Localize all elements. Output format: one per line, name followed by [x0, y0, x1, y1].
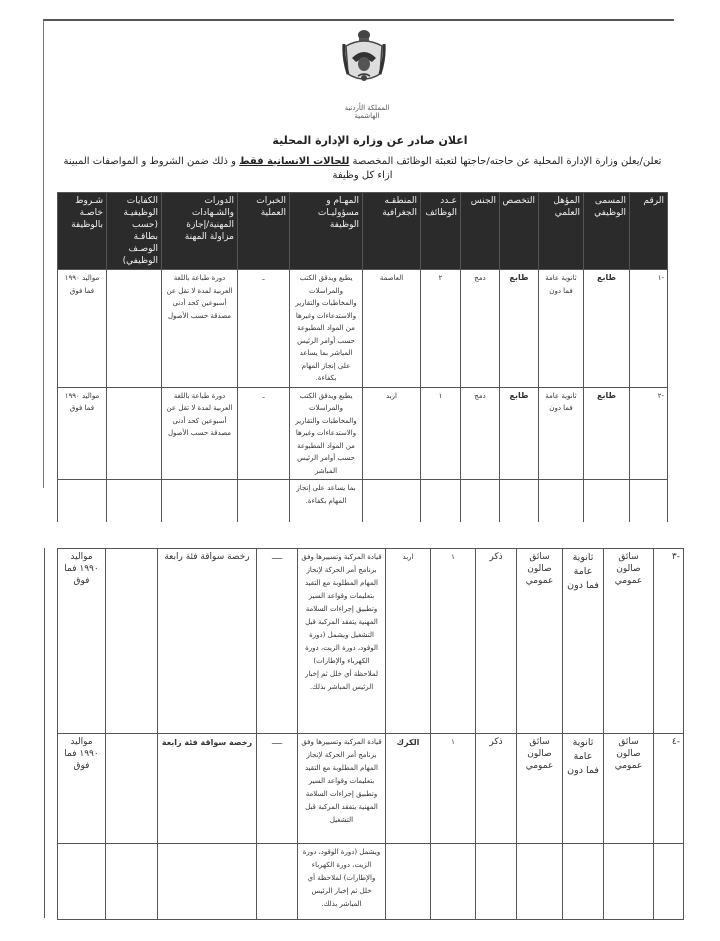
cell-duties: قيادة المركبة وتسييرها وفق برنامج أمر ال… [298, 549, 386, 734]
cell-empty [386, 844, 431, 920]
cell-count: ١ [431, 549, 476, 734]
cell-region: اربد [363, 387, 421, 480]
announcement-title: اعلان صادر عن وزارة الإدارة المحلية [200, 134, 540, 147]
cell-empty [158, 844, 257, 920]
announcement-intro: تعلن/يعلن وزارة الإدارة المحلية عن حاجته… [60, 155, 665, 183]
table-row: -٢ طابع ثانوية عامة فما دون طابع دمج ١ ا… [58, 387, 668, 480]
cell-empty [563, 844, 604, 920]
cell-qualification: ثانوية عامة فما دون [563, 734, 604, 844]
table-row: -٤ سائق صالون عمومي ثانوية عامة فما دون … [58, 734, 684, 844]
cell-job-title: طابع [584, 270, 630, 388]
col-header-experience: الخبرات العملية [238, 193, 290, 270]
cell-empty [476, 844, 517, 920]
col-header-special-conditions: شـروط خاصـة بالوظيفة [58, 193, 107, 270]
cell-empty [58, 844, 106, 920]
cell-empty [257, 844, 298, 920]
cell-special-conditions: مواليد ١٩٩٠ فما فوق [58, 270, 107, 388]
cell-number: -٤ [654, 734, 684, 844]
cell-number: -٣ [654, 549, 684, 734]
cell-empty [461, 480, 500, 522]
cell-gender: دمج [461, 270, 500, 388]
table-row-continuation: ويشمل (دورة الوقود، دورة الزيت، دورة الك… [58, 844, 684, 920]
cell-experience: ـــــ [257, 549, 298, 734]
col-header-competencies: الكفايات الوظيفيـة (حسب بطاقـة الوصـف ال… [107, 193, 162, 270]
cell-duties: يطبع ويدقق الكتب والمراسلات والمخاطبات و… [290, 270, 363, 388]
table-row-continuation: بما يساعد على إنجاز المهام بكفاءة. [58, 480, 668, 522]
cell-competencies [106, 549, 158, 734]
cell-job-title: طابع [584, 387, 630, 480]
page-2-margin-line [44, 548, 45, 918]
cell-count: ٢ [421, 270, 461, 388]
cell-empty [654, 844, 684, 920]
intro-emphasis: للحالات الانسانية فقط [239, 156, 349, 167]
cell-empty [539, 480, 584, 522]
cell-empty [431, 844, 476, 920]
cell-courses: دورة طباعة باللغة العربية لمدة لا تقل عن… [162, 387, 238, 480]
cell-specialization: سائق صالون عمومي [517, 734, 563, 844]
jobs-table-page-2: -٣ سائق صالون عمومي ثانوية عامة فما دون … [57, 548, 684, 920]
cell-gender: ذكر [476, 734, 517, 844]
col-header-qualification: المؤهل العلمي [539, 193, 584, 270]
cell-empty [517, 844, 563, 920]
intro-text: تعلن/يعلن وزارة الإدارة المحلية عن حاجته… [349, 156, 661, 167]
cell-competencies [107, 270, 162, 388]
cell-empty [106, 844, 158, 920]
cell-qualification: ثانوية عامة فما دون [563, 549, 604, 734]
cell-empty [584, 480, 630, 522]
col-header-job-title: المسمى الوظيفي [584, 193, 630, 270]
cell-job-title: سائق صالون عمومي [604, 734, 654, 844]
cell-empty [58, 480, 107, 522]
cell-duties: قيادة المركبة وتسييرها وفق برنامج أمر ال… [298, 734, 386, 844]
cell-empty [238, 480, 290, 522]
cell-qualification: ثانوية عامة فما دون [539, 387, 584, 480]
cell-specialization: طابع [500, 270, 539, 388]
kingdom-name: المملكة الأردنية الهاشمية [336, 104, 398, 112]
cell-empty [363, 480, 421, 522]
cell-empty [604, 844, 654, 920]
col-header-specialization: التخصص [500, 193, 539, 270]
cell-specialization: طابع [500, 387, 539, 480]
cell-region: الكرك [386, 734, 431, 844]
col-header-count: عـدد الوظائف [421, 193, 461, 270]
cell-experience: ـ [238, 387, 290, 480]
coat-of-arms-icon [340, 28, 388, 88]
cell-empty [421, 480, 461, 522]
cell-count: ١ [421, 387, 461, 480]
cell-special-conditions: مواليد ١٩٩٠ فما فوق [58, 734, 106, 844]
col-header-duties: المهـام و مسؤوليـات الوظيفة [290, 193, 363, 270]
cell-competencies [107, 387, 162, 480]
cell-job-title: سائق صالون عمومي [604, 549, 654, 734]
col-header-region: المنطقـه الجغرافية [363, 193, 421, 270]
cell-number: -٢ [630, 387, 668, 480]
cell-courses: دورة طباعة باللغة العربية لمدة لا تقل عن… [162, 270, 238, 388]
cell-specialization: سائق صالون عمومي [517, 549, 563, 734]
cell-region: العاصمة [363, 270, 421, 388]
cell-special-conditions: مواليد ١٩٩٠ فما فوق [58, 387, 107, 480]
cell-duties-continued: بما يساعد على إنجاز المهام بكفاءة. [290, 480, 363, 522]
cell-qualification: ثانوية عامة فما دون [539, 270, 584, 388]
cell-courses: رخصة سواقة فئة رابعة [158, 549, 257, 734]
cell-experience: ـــــ [257, 734, 298, 844]
cell-competencies [106, 734, 158, 844]
table-header-row: الرقم المسمى الوظيفي المؤهل العلمي التخص… [58, 193, 668, 270]
cell-experience: ـ [238, 270, 290, 388]
col-header-courses: الدورات والشـهادات المهنية/إجازة مزاولة … [162, 193, 238, 270]
cell-empty [500, 480, 539, 522]
cell-gender: دمج [461, 387, 500, 480]
cell-region: اربد [386, 549, 431, 734]
col-header-number: الرقم [630, 193, 668, 270]
cell-number: -١ [630, 270, 668, 388]
cell-duties: يطبع ويدقق الكتب والمراسلات والمخاطبات و… [290, 387, 363, 480]
cell-duties-continued: ويشمل (دورة الوقود، دورة الزيت، دورة الك… [298, 844, 386, 920]
table-row: -١ طابع ثانوية عامة فما دون طابع دمج ٢ ا… [58, 270, 668, 388]
cell-gender: ذكر [476, 549, 517, 734]
col-header-gender: الجنس [461, 193, 500, 270]
jobs-table-page-1: الرقم المسمى الوظيفي المؤهل العلمي التخص… [57, 192, 668, 522]
cell-empty [107, 480, 162, 522]
cell-empty [630, 480, 668, 522]
table-row: -٣ سائق صالون عمومي ثانوية عامة فما دون … [58, 549, 684, 734]
cell-empty [162, 480, 238, 522]
cell-courses: رخصة سواقة فئة رابعة [158, 734, 257, 844]
cell-count: ١ [431, 734, 476, 844]
cell-special-conditions: مواليد ١٩٩٠ فما فوق [58, 549, 106, 734]
